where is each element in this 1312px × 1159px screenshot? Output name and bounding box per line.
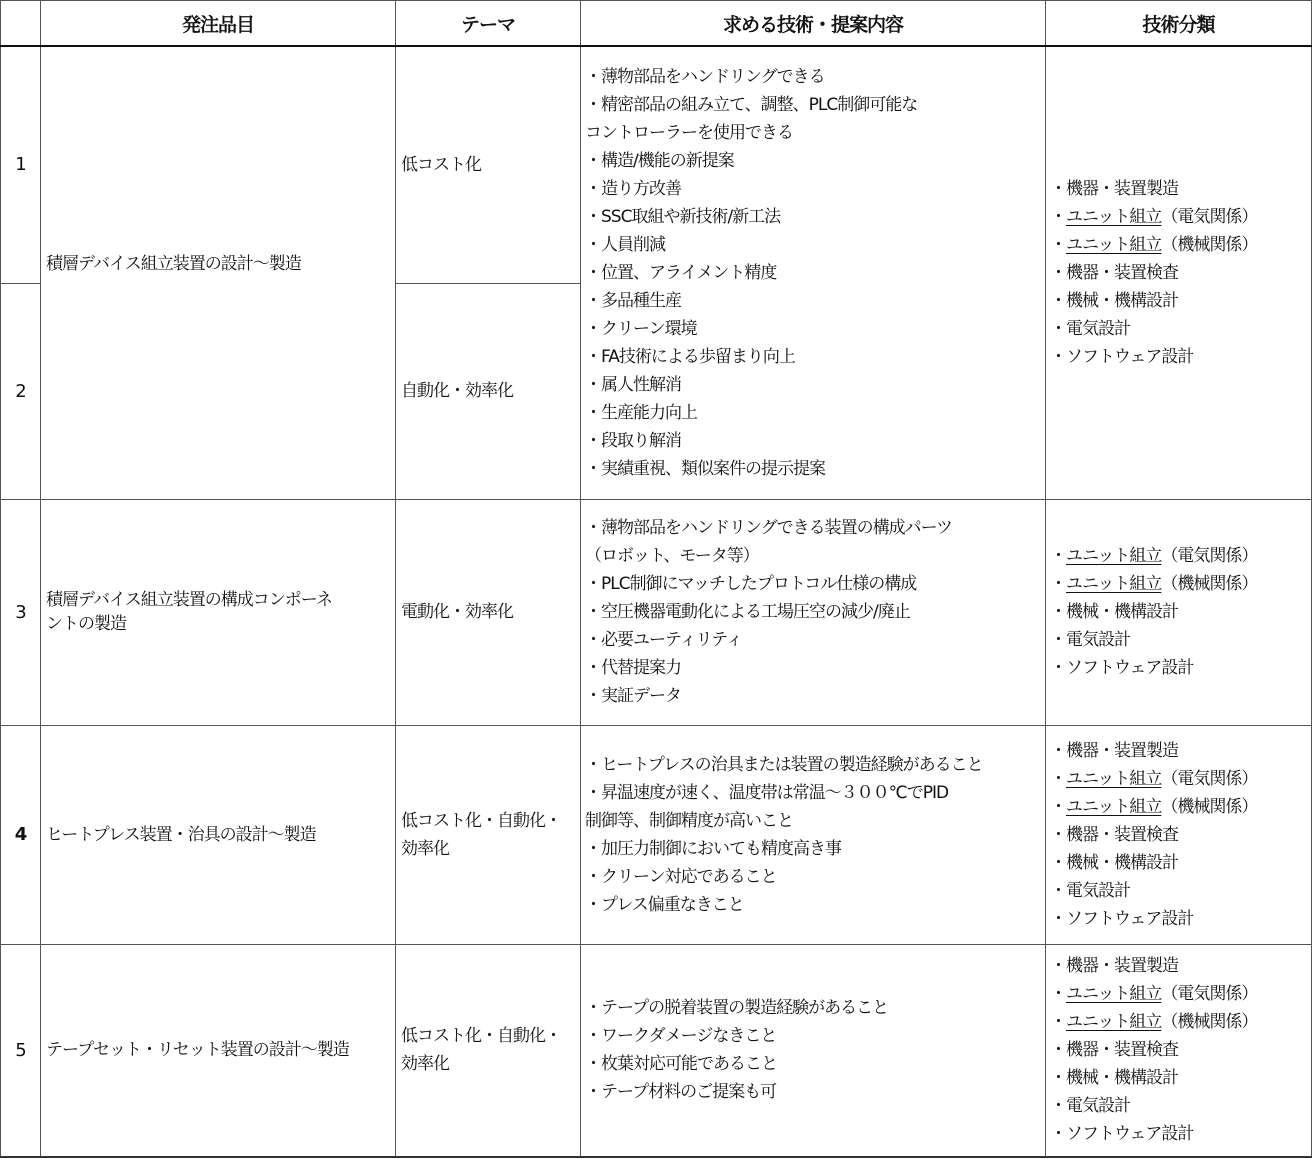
table-row: 5 テープセット・リセット装置の設計～製造 低コスト化・自動化・ 効率化 ・テー… bbox=[1, 944, 1312, 1157]
content-line: ・クリーン環境 bbox=[585, 315, 1045, 343]
content-list: ・薄物部品をハンドリングできる・精密部品の組み立て、調整、PLC制御可能なコント… bbox=[585, 63, 1045, 483]
category-tail: （電気関係） bbox=[1161, 984, 1257, 1004]
category-main: ソフトウェア設計 bbox=[1066, 909, 1193, 929]
category-main: ソフトウェア設計 bbox=[1066, 347, 1193, 367]
bullet: ・ bbox=[1050, 658, 1066, 678]
table-header-row: 発注品目 テーマ 求める技術・提案内容 技術分類 bbox=[1, 1, 1312, 47]
row-number: 5 bbox=[1, 944, 41, 1157]
content-line: ・必要ユーティリティ bbox=[585, 626, 1045, 654]
category-main: 機器・装置検査 bbox=[1066, 1040, 1178, 1060]
category-list: ・機器・装置製造・ユニット組立（電気関係）・ユニット組立（機械関係）・機器・装置… bbox=[1050, 952, 1311, 1148]
category-main: 機械・機構設計 bbox=[1066, 1068, 1178, 1088]
theme-cell: 低コスト化・自動化・ 効率化 bbox=[396, 944, 581, 1157]
bullet: ・ bbox=[1050, 179, 1066, 199]
category-main: 機器・装置検査 bbox=[1066, 263, 1178, 283]
table-row: 4 ヒートプレス装置・治具の設計～製造 低コスト化・自動化・ 効率化 ・ヒートプ… bbox=[1, 725, 1312, 944]
category-main: ソフトウェア設計 bbox=[1066, 658, 1193, 678]
content-list: ・ヒートプレスの治具または装置の製造経験があること・昇温速度が速く、温度帯は常温… bbox=[585, 751, 1045, 919]
theme: 低コスト化 bbox=[401, 155, 481, 175]
category-line: ・ソフトウェア設計 bbox=[1050, 654, 1311, 682]
category-line: ・ユニット組立（機械関係） bbox=[1050, 231, 1311, 259]
order-item-cell: 積層デバイス組立装置の構成コンポーネ ントの製造 bbox=[41, 499, 396, 725]
table-row: 1 積層デバイス組立装置の設計～製造 低コスト化 ・薄物部品をハンドリングできる… bbox=[1, 46, 1312, 283]
category-line: ・機械・機構設計 bbox=[1050, 1064, 1311, 1092]
theme-cell: 自動化・効率化 bbox=[396, 283, 581, 499]
order-item-line: 積層デバイス組立装置の構成コンポーネ bbox=[46, 588, 395, 612]
category-main: ユニット組立 bbox=[1066, 235, 1161, 255]
content-cell: ・薄物部品をハンドリングできる装置の構成パーツ（ロボット、モータ等）・PLC制御… bbox=[581, 499, 1046, 725]
category-cell: ・機器・装置製造・ユニット組立（電気関係）・ユニット組立（機械関係）・機器・装置… bbox=[1046, 725, 1312, 944]
category-main: 電気設計 bbox=[1066, 1096, 1130, 1116]
order-item-line: ントの製造 bbox=[46, 612, 395, 636]
content-cell: ・ヒートプレスの治具または装置の製造経験があること・昇温速度が速く、温度帯は常温… bbox=[581, 725, 1046, 944]
content-line: ・ヒートプレスの治具または装置の製造経験があること bbox=[585, 751, 1045, 779]
category-main: ユニット組立 bbox=[1066, 1012, 1161, 1032]
order-item: テープセット・リセット装置の設計～製造 bbox=[46, 1040, 349, 1060]
content-line: ・人員削減 bbox=[585, 231, 1045, 259]
category-main: 機器・装置製造 bbox=[1066, 741, 1178, 761]
theme-cell: 低コスト化・自動化・ 効率化 bbox=[396, 725, 581, 944]
content-line: ・段取り解消 bbox=[585, 427, 1045, 455]
category-line: ・電気設計 bbox=[1050, 315, 1311, 343]
header-category: 技術分類 bbox=[1046, 1, 1312, 47]
category-list: ・機器・装置製造・ユニット組立（電気関係）・ユニット組立（機械関係）・機器・装置… bbox=[1050, 737, 1311, 933]
content-line: ・実績重視、類似案件の提示提案 bbox=[585, 455, 1045, 483]
content-line: ・薄物部品をハンドリングできる装置の構成パーツ bbox=[585, 514, 1045, 542]
category-tail: （電気関係） bbox=[1161, 546, 1257, 566]
category-cell: ・機器・装置製造・ユニット組立（電気関係）・ユニット組立（機械関係）・機器・装置… bbox=[1046, 46, 1312, 499]
order-item-cell: 積層デバイス組立装置の設計～製造 bbox=[41, 46, 396, 499]
category-main: 機器・装置製造 bbox=[1066, 956, 1178, 976]
category-main: 機器・装置検査 bbox=[1066, 825, 1178, 845]
category-line: ・機械・機構設計 bbox=[1050, 849, 1311, 877]
bullet: ・ bbox=[1050, 1124, 1066, 1144]
category-line: ・機器・装置検査 bbox=[1050, 1036, 1311, 1064]
content-line: 制御等、制御精度が高いこと bbox=[585, 807, 1045, 835]
bullet: ・ bbox=[1050, 909, 1066, 929]
category-line: ・機器・装置製造 bbox=[1050, 737, 1311, 765]
table-row: 3 積層デバイス組立装置の構成コンポーネ ントの製造 電動化・効率化 ・薄物部品… bbox=[1, 499, 1312, 725]
content-line: ・属人性解消 bbox=[585, 371, 1045, 399]
content-cell: ・薄物部品をハンドリングできる・精密部品の組み立て、調整、PLC制御可能なコント… bbox=[581, 46, 1046, 499]
bullet: ・ bbox=[1050, 263, 1066, 283]
category-main: ユニット組立 bbox=[1066, 207, 1161, 227]
category-main: ユニット組立 bbox=[1066, 984, 1161, 1004]
order-item: ヒートプレス装置・治具の設計～製造 bbox=[46, 825, 316, 845]
bullet: ・ bbox=[1050, 956, 1066, 976]
bullet: ・ bbox=[1050, 1012, 1066, 1032]
category-cell: ・ユニット組立（電気関係）・ユニット組立（機械関係）・機械・機構設計・電気設計・… bbox=[1046, 499, 1312, 725]
content-cell: ・テープの脱着装置の製造経験があること・ワークダメージなきこと・枚葉対応可能であ… bbox=[581, 944, 1046, 1157]
category-main: 機械・機構設計 bbox=[1066, 602, 1178, 622]
category-list: ・ユニット組立（電気関係）・ユニット組立（機械関係）・機械・機構設計・電気設計・… bbox=[1050, 542, 1311, 682]
bullet: ・ bbox=[1050, 1068, 1066, 1088]
content-line: ・昇温速度が速く、温度帯は常温～３００℃でPID bbox=[585, 779, 1045, 807]
category-main: ユニット組立 bbox=[1066, 574, 1161, 594]
category-tail: （機械関係） bbox=[1161, 1012, 1257, 1032]
bullet: ・ bbox=[1050, 825, 1066, 845]
row-number: 2 bbox=[1, 283, 41, 499]
category-tail: （機械関係） bbox=[1161, 574, 1257, 594]
header-item: 発注品目 bbox=[41, 1, 396, 47]
theme: 電動化・効率化 bbox=[401, 602, 513, 622]
content-line: コントローラーを使用できる bbox=[585, 119, 1045, 147]
bullet: ・ bbox=[1050, 769, 1066, 789]
category-main: 電気設計 bbox=[1066, 881, 1130, 901]
category-main: 機械・機構設計 bbox=[1066, 291, 1178, 311]
content-line: ・精密部品の組み立て、調整、PLC制御可能な bbox=[585, 91, 1045, 119]
order-item: 積層デバイス組立装置の設計～製造 bbox=[46, 254, 301, 274]
category-line: ・ユニット組立（機械関係） bbox=[1050, 1008, 1311, 1036]
category-line: ・ユニット組立（電気関係） bbox=[1050, 542, 1311, 570]
content-line: ・SSC取組や新技術/新工法 bbox=[585, 203, 1045, 231]
content-line: ・テープ材料のご提案も可 bbox=[585, 1078, 1045, 1106]
row-number: 1 bbox=[1, 46, 41, 283]
header-content: 求める技術・提案内容 bbox=[581, 1, 1046, 47]
content-line: ・実証データ bbox=[585, 682, 1045, 710]
category-cell: ・機器・装置製造・ユニット組立（電気関係）・ユニット組立（機械関係）・機器・装置… bbox=[1046, 944, 1312, 1157]
row-number: 4 bbox=[1, 725, 41, 944]
category-line: ・機械・機構設計 bbox=[1050, 287, 1311, 315]
content-line: ・生産能力向上 bbox=[585, 399, 1045, 427]
row-number: 3 bbox=[1, 499, 41, 725]
bullet: ・ bbox=[1050, 602, 1066, 622]
category-main: 電気設計 bbox=[1066, 319, 1130, 339]
content-line: ・空圧機器電動化による工場圧空の減少/廃止 bbox=[585, 598, 1045, 626]
bullet: ・ bbox=[1050, 319, 1066, 339]
theme-line: 低コスト化・自動化・ bbox=[401, 1022, 580, 1050]
category-tail: （機械関係） bbox=[1161, 797, 1257, 817]
category-tail: （電気関係） bbox=[1161, 769, 1257, 789]
bullet: ・ bbox=[1050, 1040, 1066, 1060]
bullet: ・ bbox=[1050, 1096, 1066, 1116]
theme-line: 効率化 bbox=[401, 835, 580, 863]
category-line: ・機器・装置検査 bbox=[1050, 821, 1311, 849]
order-item-cell: テープセット・リセット装置の設計～製造 bbox=[41, 944, 396, 1157]
content-line: ・多品種生産 bbox=[585, 287, 1045, 315]
category-main: ユニット組立 bbox=[1066, 797, 1161, 817]
category-line: ・機器・装置製造 bbox=[1050, 175, 1311, 203]
category-main: ユニット組立 bbox=[1066, 546, 1161, 566]
content-line: ・テープの脱着装置の製造経験があること bbox=[585, 994, 1045, 1022]
category-line: ・ユニット組立（機械関係） bbox=[1050, 570, 1311, 598]
category-line: ・ユニット組立（電気関係） bbox=[1050, 203, 1311, 231]
procurement-table-sheet: 発注品目 テーマ 求める技術・提案内容 技術分類 1 積層デバイス組立装置の設計… bbox=[0, 0, 1312, 1159]
content-line: ・クリーン対応であること bbox=[585, 863, 1045, 891]
category-tail: （電気関係） bbox=[1161, 207, 1257, 227]
category-list: ・機器・装置製造・ユニット組立（電気関係）・ユニット組立（機械関係）・機器・装置… bbox=[1050, 175, 1311, 371]
content-line: ・薄物部品をハンドリングできる bbox=[585, 63, 1045, 91]
category-main: ユニット組立 bbox=[1066, 769, 1161, 789]
content-line: （ロボット、モータ等） bbox=[585, 542, 1045, 570]
bullet: ・ bbox=[1050, 797, 1066, 817]
content-line: ・造り方改善 bbox=[585, 175, 1045, 203]
theme-cell: 低コスト化 bbox=[396, 46, 581, 283]
category-line: ・ソフトウェア設計 bbox=[1050, 343, 1311, 371]
category-line: ・電気設計 bbox=[1050, 1092, 1311, 1120]
bullet: ・ bbox=[1050, 235, 1066, 255]
bullet: ・ bbox=[1050, 207, 1066, 227]
content-line: ・ワークダメージなきこと bbox=[585, 1022, 1045, 1050]
content-line: ・PLC制御にマッチしたプロトコル仕様の構成 bbox=[585, 570, 1045, 598]
bullet: ・ bbox=[1050, 347, 1066, 367]
bullet: ・ bbox=[1050, 741, 1066, 761]
theme-line: 低コスト化・自動化・ bbox=[401, 807, 580, 835]
bullet: ・ bbox=[1050, 546, 1066, 566]
category-main: 電気設計 bbox=[1066, 630, 1130, 650]
bullet: ・ bbox=[1050, 984, 1066, 1004]
header-theme: テーマ bbox=[396, 1, 581, 47]
category-line: ・機器・装置検査 bbox=[1050, 259, 1311, 287]
content-line: ・構造/機能の新提案 bbox=[585, 147, 1045, 175]
category-main: 機器・装置製造 bbox=[1066, 179, 1178, 199]
content-line: ・プレス偏重なきこと bbox=[585, 891, 1045, 919]
category-line: ・ソフトウェア設計 bbox=[1050, 1120, 1311, 1148]
theme: 自動化・効率化 bbox=[401, 381, 513, 401]
category-line: ・ユニット組立（電気関係） bbox=[1050, 765, 1311, 793]
content-line: ・加圧力制御においても精度高き事 bbox=[585, 835, 1045, 863]
category-tail: （機械関係） bbox=[1161, 235, 1257, 255]
order-item-cell: ヒートプレス装置・治具の設計～製造 bbox=[41, 725, 396, 944]
category-line: ・電気設計 bbox=[1050, 877, 1311, 905]
theme-cell: 電動化・効率化 bbox=[396, 499, 581, 725]
category-main: ソフトウェア設計 bbox=[1066, 1124, 1193, 1144]
content-line: ・代替提案力 bbox=[585, 654, 1045, 682]
category-line: ・機械・機構設計 bbox=[1050, 598, 1311, 626]
category-line: ・ソフトウェア設計 bbox=[1050, 905, 1311, 933]
content-line: ・枚葉対応可能であること bbox=[585, 1050, 1045, 1078]
bullet: ・ bbox=[1050, 630, 1066, 650]
procurement-table: 発注品目 テーマ 求める技術・提案内容 技術分類 1 積層デバイス組立装置の設計… bbox=[0, 0, 1312, 1158]
header-no bbox=[1, 1, 41, 47]
content-list: ・テープの脱着装置の製造経験があること・ワークダメージなきこと・枚葉対応可能であ… bbox=[585, 994, 1045, 1106]
content-line: ・FA技術による歩留まり向上 bbox=[585, 343, 1045, 371]
category-line: ・電気設計 bbox=[1050, 626, 1311, 654]
category-line: ・ユニット組立（機械関係） bbox=[1050, 793, 1311, 821]
content-list: ・薄物部品をハンドリングできる装置の構成パーツ（ロボット、モータ等）・PLC制御… bbox=[585, 514, 1045, 710]
theme-line: 効率化 bbox=[401, 1050, 580, 1078]
bullet: ・ bbox=[1050, 574, 1066, 594]
content-line: ・位置、アライメント精度 bbox=[585, 259, 1045, 287]
bullet: ・ bbox=[1050, 881, 1066, 901]
bullet: ・ bbox=[1050, 853, 1066, 873]
category-line: ・機器・装置製造 bbox=[1050, 952, 1311, 980]
category-main: 機械・機構設計 bbox=[1066, 853, 1178, 873]
bullet: ・ bbox=[1050, 291, 1066, 311]
category-line: ・ユニット組立（電気関係） bbox=[1050, 980, 1311, 1008]
